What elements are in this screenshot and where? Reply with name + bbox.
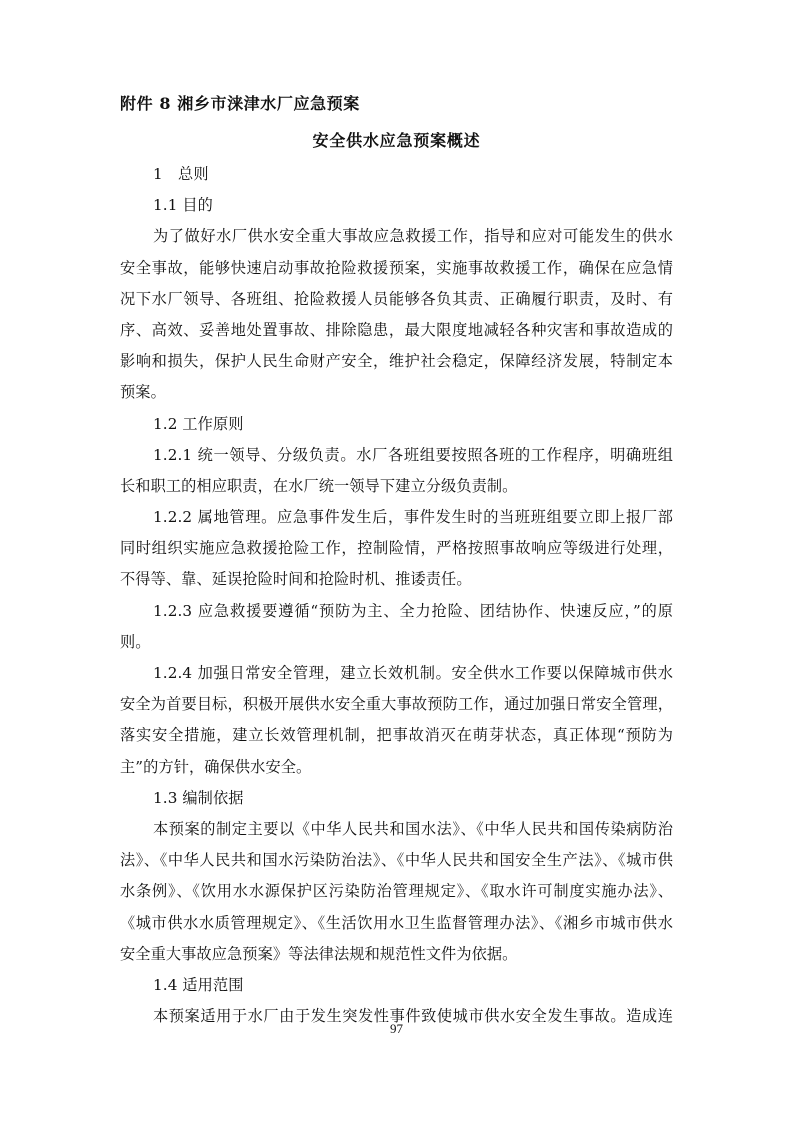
document-page: 附件 8 湘乡市涞津水厂应急预案 安全供水应急预案概述 1 总则1.1 目的为了… bbox=[0, 0, 793, 1122]
paragraph-line: 为了做好水厂供水安全重大事故应急救援工作，指导和应对可能发生的供水 bbox=[120, 221, 673, 252]
paragraph-line: 1.2.1 统一领导、分级负责。水厂各班组要按照各班的工作程序，明确班组 bbox=[120, 440, 673, 471]
paragraph-line: 长和职工的相应职责，在水厂统一领导下建立分级负责制。 bbox=[120, 471, 673, 502]
paragraph-line: 预案。 bbox=[120, 377, 673, 408]
section-heading: 1 总则 bbox=[120, 159, 673, 190]
section-heading: 1.4 适用范围 bbox=[120, 970, 673, 1001]
paragraph-line: 本预案的制定主要以《中华人民共和国水法》、《中华人民共和国传染病防治 bbox=[120, 814, 673, 845]
paragraph-line: 序、高效、妥善地处置事故、排除隐患，最大限度地减轻各种灾害和事故造成的 bbox=[120, 315, 673, 346]
paragraph-line: 主”的方针，确保供水安全。 bbox=[120, 752, 673, 783]
paragraph-line: 安全重大事故应急预案》等法律法规和规范性文件为依据。 bbox=[120, 939, 673, 970]
paragraph-line: 安全为首要目标，积极开展供水安全重大事故预防工作，通过加强日常安全管理， bbox=[120, 689, 673, 720]
paragraph-line: 1.2.2 属地管理。应急事件发生后，事件发生时的当班班组要立即上报厂部 bbox=[120, 502, 673, 533]
paragraph-line: 影响和损失，保护人民生命财产安全，维护社会稳定，保障经济发展，特制定本 bbox=[120, 346, 673, 377]
paragraph-line: 同时组织实施应急救援抢险工作，控制险情，严格按照事故响应等级进行处理， bbox=[120, 533, 673, 564]
section-heading: 1.3 编制依据 bbox=[120, 783, 673, 814]
paragraph-line: 不得等、靠、延误抢险时间和抢险时机、推诿责任。 bbox=[120, 564, 673, 595]
paragraph-line: 水条例》、《饮用水水源保护区污染防治管理规定》、《取水许可制度实施办法》、 bbox=[120, 876, 673, 907]
attachment-title: 附件 8 湘乡市涞津水厂应急预案 bbox=[120, 91, 360, 114]
paragraph-line: 则。 bbox=[120, 627, 673, 658]
paragraph-line: 《城市供水水质管理规定》、《生活饮用水卫生监督管理办法》、《湘乡市城市供水 bbox=[120, 908, 673, 939]
paragraph-line: 1.2.3 应急救援要遵循“预防为主、全力抢险、团结协作、快速反应，”的原 bbox=[120, 596, 673, 627]
document-body: 1 总则1.1 目的为了做好水厂供水安全重大事故应急救援工作，指导和应对可能发生… bbox=[120, 159, 673, 1032]
paragraph-line: 法》、《中华人民共和国水污染防治法》、《中华人民共和国安全生产法》、《城市供 bbox=[120, 845, 673, 876]
section-heading: 1.1 目的 bbox=[120, 190, 673, 221]
paragraph-line: 安全事故，能够快速启动事故抢险救援预案，实施事故救援工作，确保在应急情 bbox=[120, 253, 673, 284]
section-heading: 1.2 工作原则 bbox=[120, 409, 673, 440]
paragraph-line: 况下水厂领导、各班组、抢险救援人员能够各负其责、正确履行职责，及时、有 bbox=[120, 284, 673, 315]
document-title: 安全供水应急预案概述 bbox=[0, 128, 793, 151]
paragraph-line: 落实安全措施，建立长效管理机制，把事故消灭在萌芽状态，真正体现“预防为 bbox=[120, 720, 673, 751]
paragraph-line: 1.2.4 加强日常安全管理，建立长效机制。安全供水工作要以保障城市供水 bbox=[120, 658, 673, 689]
page-number: 97 bbox=[0, 1021, 793, 1037]
